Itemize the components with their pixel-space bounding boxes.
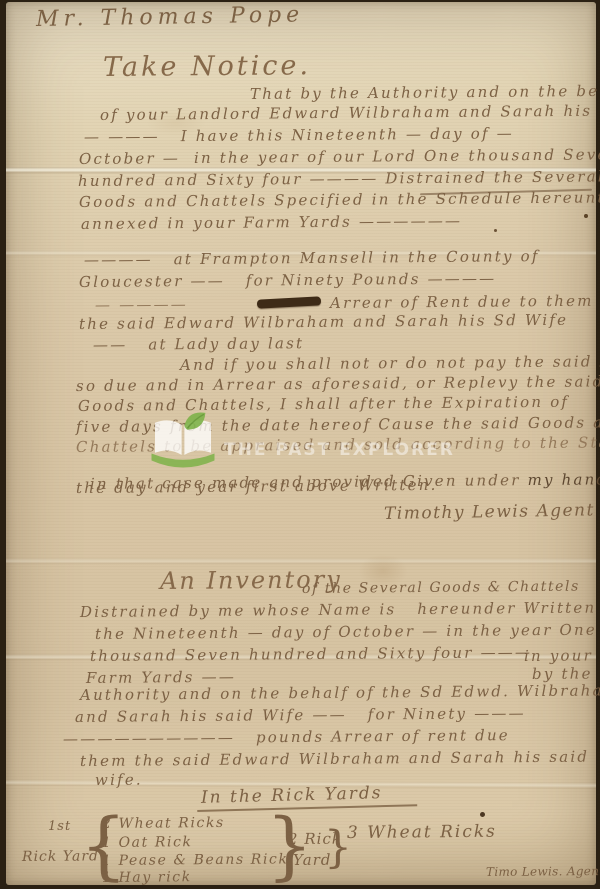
notice-line: — ——— I have this Nineteenth — day of — [84,125,514,145]
ink-speck [584,214,588,218]
margin-note: by the [532,665,593,682]
ink-speck [480,812,485,817]
yard2-item: 3 Wheat Ricks [347,823,497,843]
addressee: Mr. Thomas Pope [36,3,305,32]
yard1-ordinal: 1st [48,820,71,834]
inventory-line: wife. [95,772,143,789]
notice-line: annexed in your Farm Yards —————— [81,213,462,233]
notice-line: Gloucester —— for Ninety Pounds ———— [79,270,496,290]
yard-item: 1 Pease & Beans Rick [102,852,289,869]
inventory-heading-rest: of the Several Goods & Chattels [302,580,580,598]
notice-line: Arrear of Rent due to them [330,293,594,312]
notice-heading: Take Notice. [103,51,311,83]
inventory-agent-signature: Timo Lewis. Agent [486,865,600,879]
paper-crease [6,558,596,565]
inventory-line: thousand Seven hundred and Sixty four ——… [90,644,532,664]
yard-item: 2 Wheat Ricks [102,816,225,832]
margin-note: in your [524,647,593,664]
notice-line: That by the Authority and on the behalf [250,83,600,103]
inventory-line: and Sarah his said Wife —— for Ninety ——… [75,705,526,725]
yard-item: 1 Hay rick [102,870,192,886]
notice-line: —— at Lady day last [93,335,304,353]
notice-line-emphasis: my hand [527,470,600,489]
ink-speck [494,229,497,232]
yard-item: 1 Oat Rick [102,835,193,851]
notice-line: the day and year first above Written. [76,477,438,497]
notice-line: And if you shall not or do not pay the s… [180,353,600,374]
inventory-line: —————————— pounds Arrear of rent due [63,727,510,747]
notice-line-dashes: — ———— [95,296,188,313]
notice-line: ———— at Frampton Mansell in the County o… [84,248,540,268]
agent-signature: Timothy Lewis Agent [384,501,595,523]
manuscript-scan: { "watermark": { "text": "THE PAST EXPLO… [0,0,600,889]
